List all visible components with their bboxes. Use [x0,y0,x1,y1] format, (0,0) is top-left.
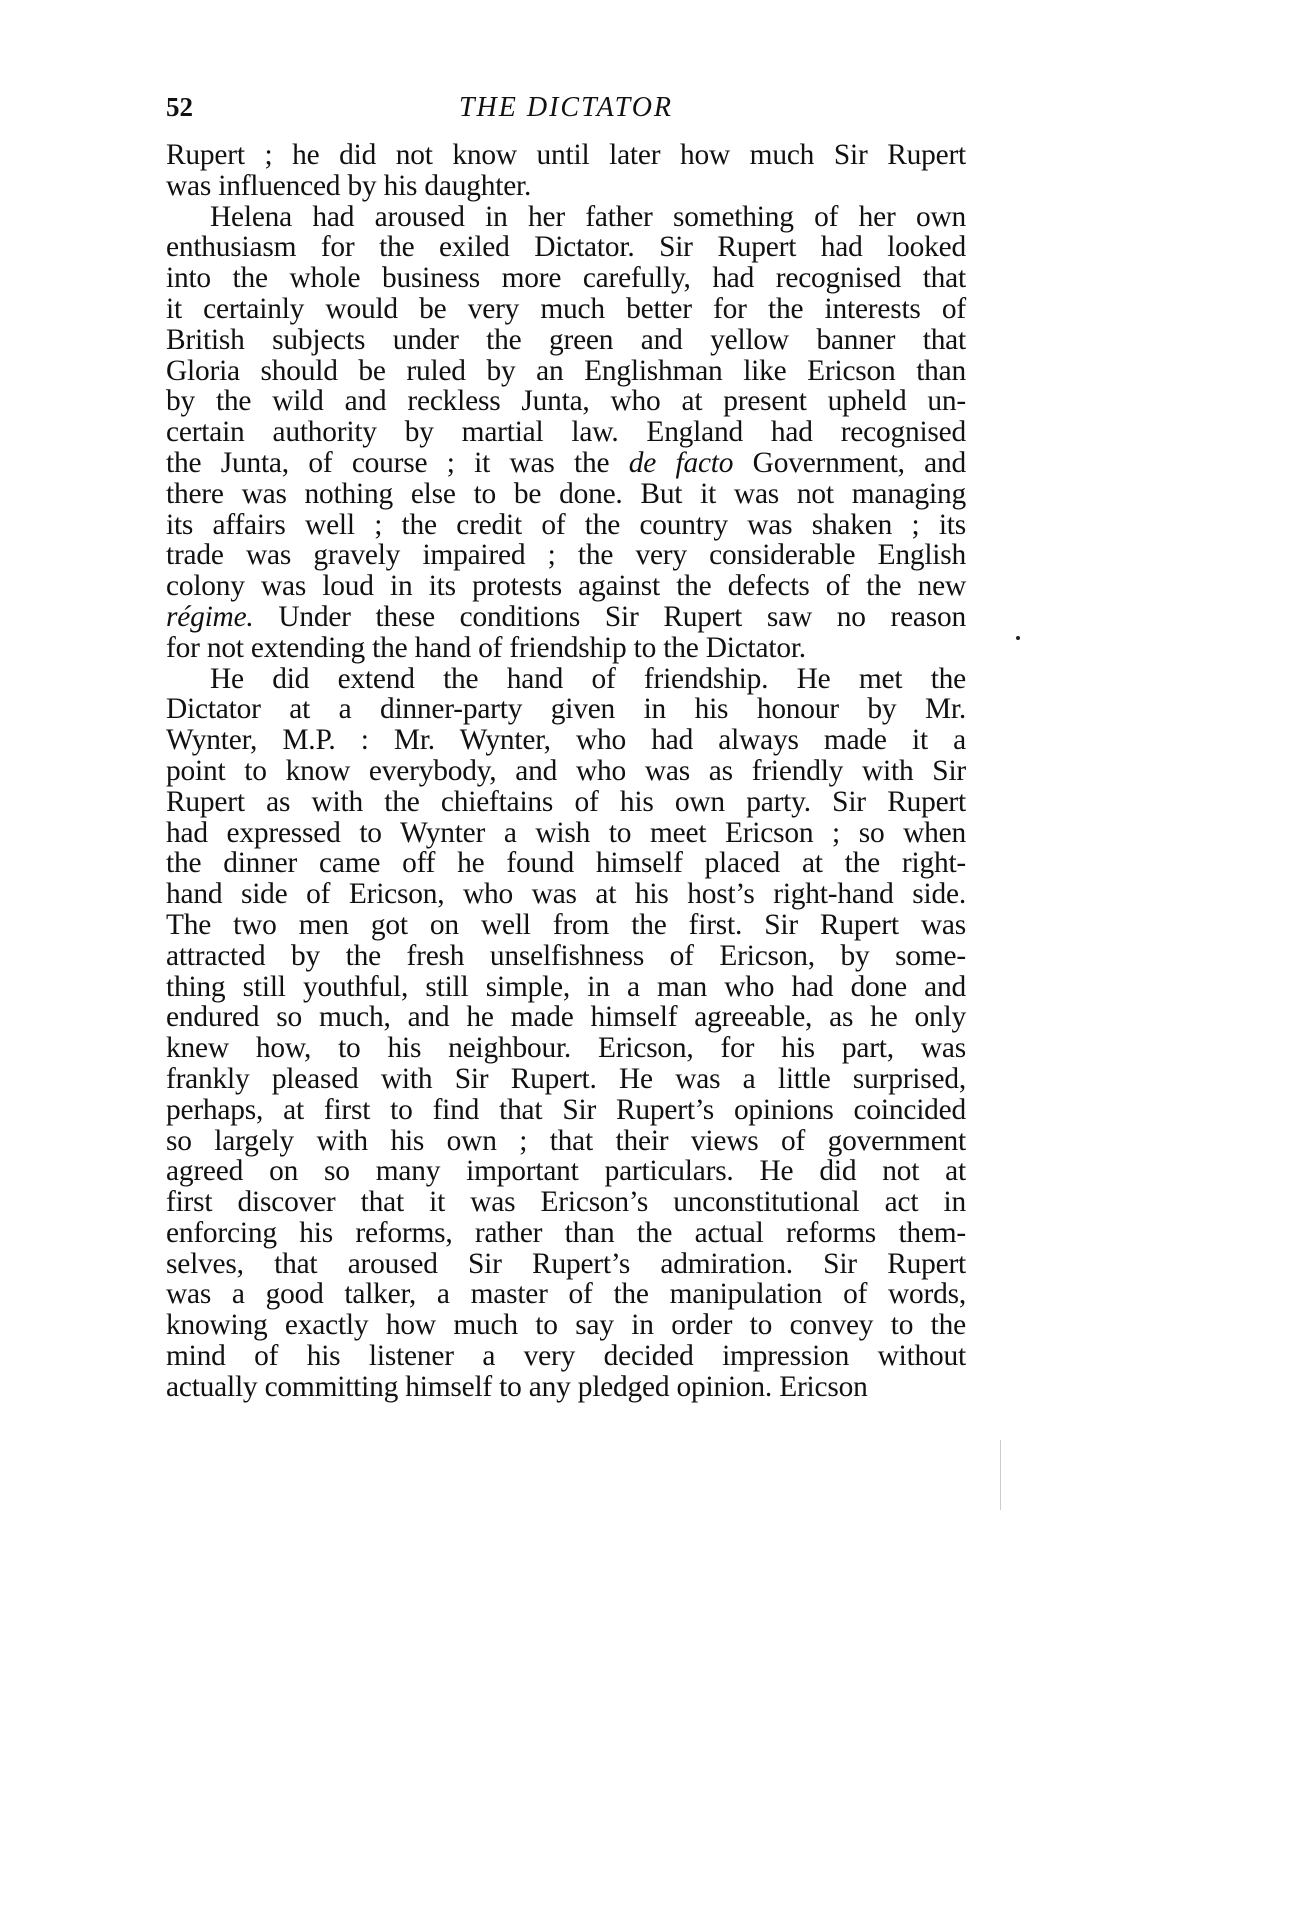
text-line: it certainly would be very much better f… [166,294,966,325]
text-line: so largely with his own ; that their vie… [166,1126,966,1157]
paragraph: He did extend the hand of friendship. He… [166,664,966,1403]
text-line: enthusiasm for the exiled Dictator. Sir … [166,232,966,263]
text-line: He did extend the hand of friendship. He… [166,664,966,695]
text-line: point to know everybody, and who was as … [166,756,966,787]
text-line: perhaps, at first to find that Sir Ruper… [166,1095,966,1126]
paragraph: Rupert ; he did not know until later how… [166,140,966,202]
text-line: colony was loud in its protests against … [166,571,966,602]
text-line: the Junta, of course ; it was the de fac… [166,448,966,479]
text-line: by the wild and reckless Junta, who at p… [166,386,966,417]
text-line: Wynter, M.P. : Mr. Wynter, who had alway… [166,725,966,756]
text-line: The two men got on well from the first. … [166,910,966,941]
text-line: British subjects under the green and yel… [166,325,966,356]
text-line: frankly pleased with Sir Rupert. He was … [166,1064,966,1095]
text-line: knowing exactly how much to say in order… [166,1310,966,1341]
italic-text: de facto [629,447,734,479]
paragraph: Helena had aroused in her father somethi… [166,202,966,664]
text-line: certain authority by martial law. Englan… [166,417,966,448]
text-line: for not extending the hand of friendship… [166,633,966,664]
text-line: Rupert ; he did not know until later how… [166,140,966,171]
text-line: agreed on so many important particulars.… [166,1156,966,1187]
text-line: endured so much, and he made himself agr… [166,1002,966,1033]
text-line: Dictator at a dinner-party given in his … [166,694,966,725]
text-line: had expressed to Wynter a wish to meet E… [166,818,966,849]
page-header: 52 THE DICTATOR [166,92,966,140]
text-line: was a good talker, a master of the manip… [166,1279,966,1310]
text-line: the dinner came off he found himself pla… [166,848,966,879]
body-text: Rupert ; he did not know until later how… [166,140,966,1403]
text-line: trade was gravely impaired ; the very co… [166,540,966,571]
text-line: Rupert as with the chieftains of his own… [166,787,966,818]
text-line: attracted by the fresh unselfishness of … [166,941,966,972]
text-line: there was nothing else to be done. But i… [166,479,966,510]
text-line: hand side of Ericson, who was at his hos… [166,879,966,910]
text-line: thing still youthful, still simple, in a… [166,972,966,1003]
scan-artifact-line [1000,1440,1001,1510]
text-line: mind of his listener a very decided impr… [166,1341,966,1372]
book-page: 52 THE DICTATOR Rupert ; he did not know… [166,92,966,1403]
text-line: régime. Under these conditions Sir Ruper… [166,602,966,633]
text-line: was influenced by his daughter. [166,171,966,202]
text-line: Helena had aroused in her father somethi… [166,202,966,233]
text-line: Gloria should be ruled by an Englishman … [166,356,966,387]
text-line: enforcing his reforms, rather than the a… [166,1218,966,1249]
text-line: first discover that it was Ericson’s unc… [166,1187,966,1218]
text-line: knew how, to his neighbour. Ericson, for… [166,1033,966,1064]
italic-text: régime. [166,601,254,633]
text-line: selves, that aroused Sir Rupert’s admira… [166,1249,966,1280]
text-line: its affairs well ; the credit of the cou… [166,510,966,541]
text-line: into the whole business more carefully, … [166,263,966,294]
running-title: THE DICTATOR [166,92,966,124]
margin-mark [1016,636,1020,640]
text-line: actually committing himself to any pledg… [166,1372,966,1403]
